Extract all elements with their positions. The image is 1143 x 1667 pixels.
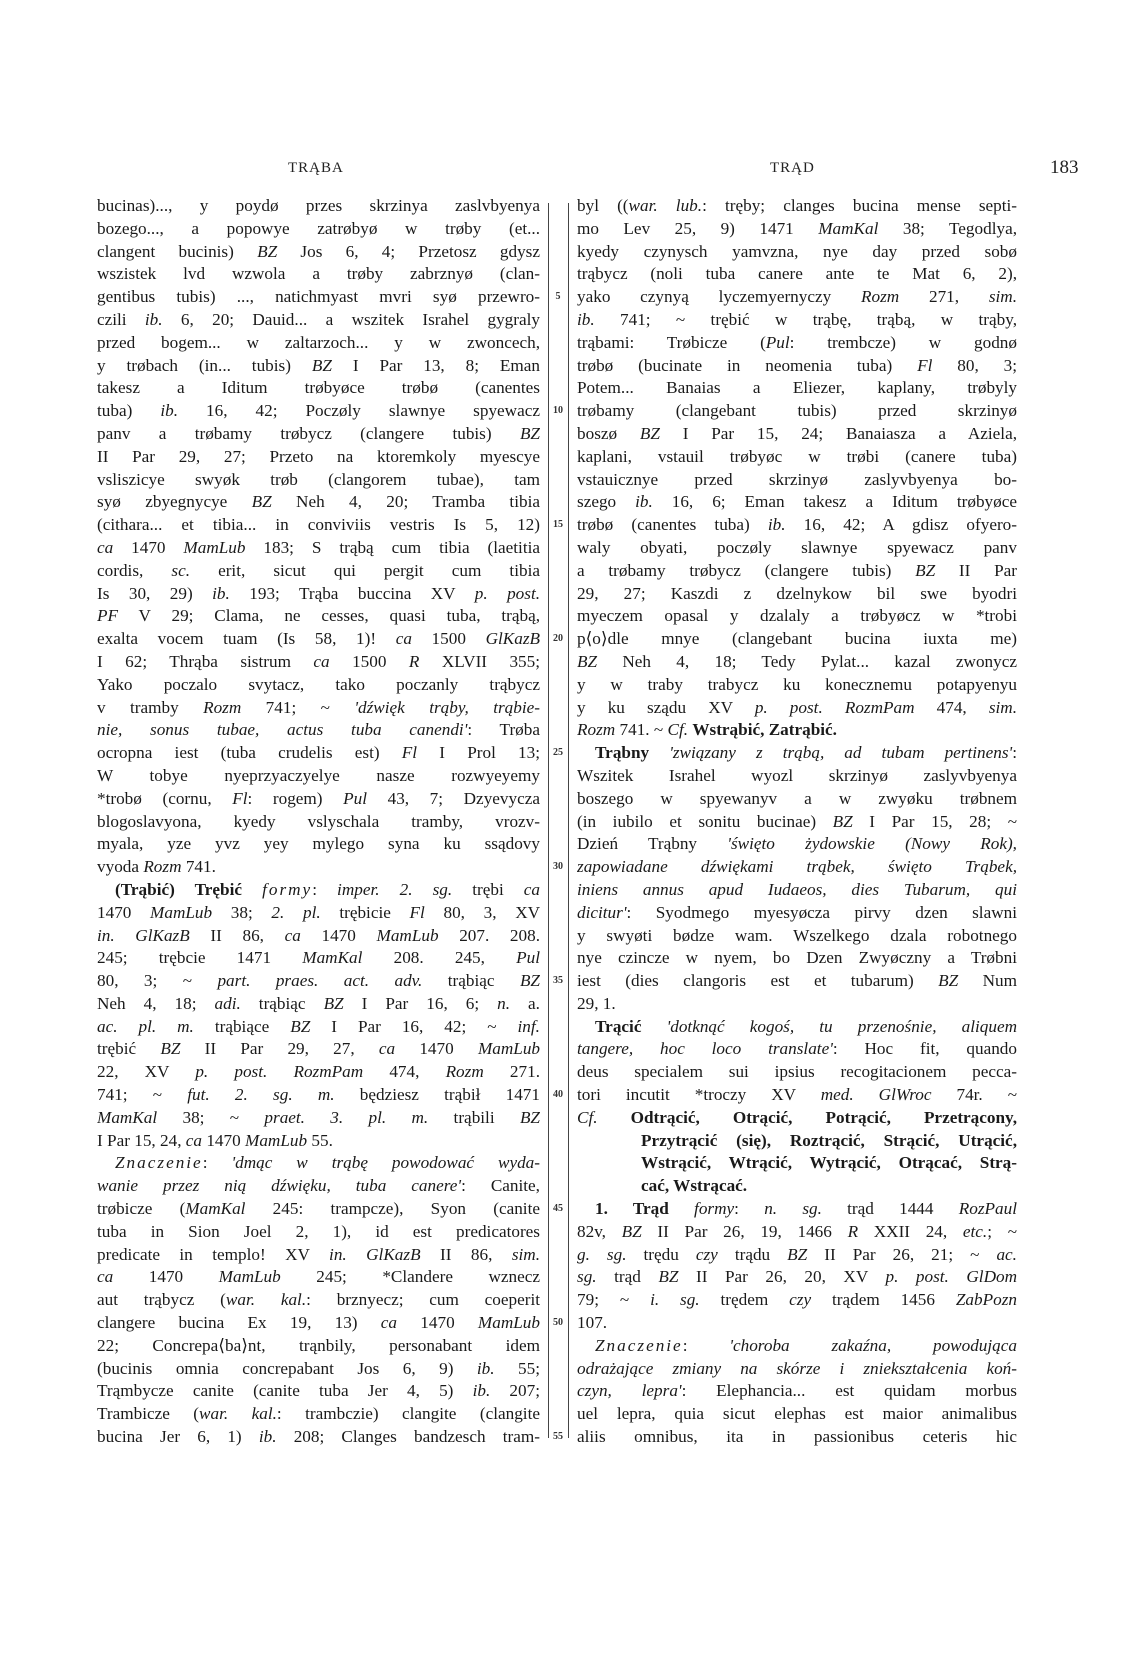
text-line: a trøbamy trøbycz (clangere tubis) BZ II… [577, 560, 1017, 583]
text-line: dicitur': Syodmego myesyøcza pirvy dzen … [577, 902, 1017, 925]
line-number: 30 [548, 861, 568, 872]
text-line: trøbicze (MamKal 245: trampcze), Syon (c… [97, 1198, 540, 1221]
text-line: szego ib. 16, 6; Eman takesz a Iditum tr… [577, 491, 1017, 514]
text-line: aut trąbycz (war. kal.: brznyecz; cum co… [97, 1289, 540, 1312]
text-line: syø zbyegnycye BZ Neh 4, 20; Tramba tibi… [97, 491, 540, 514]
text-line: bozego..., a popowye zatrøbyø w trøby (e… [97, 218, 540, 241]
text-line: trąbami: Trøbicze (Pul: trembcze) w godn… [577, 332, 1017, 355]
text-line: W tobye nyeprzyaczyelye nasze rozwyeyemy [97, 765, 540, 788]
text-line: 1470 MamLub 38; 2. pl. trębicie Fl 80, 3… [97, 902, 540, 925]
text-line: I Par 15, 24, ca 1470 MamLub 55. [97, 1130, 540, 1153]
text-line: *trobø (cornu, Fl: rogem) Pul 43, 7; Dzy… [97, 788, 540, 811]
text-line: Przytrącić (się), Roztrącić, Strącić, Ut… [577, 1130, 1017, 1153]
column-rule-left [548, 203, 549, 1438]
text-line: tangere, hoc loco translate': Hoc fit, q… [577, 1038, 1017, 1061]
text-line: nie, sonus tubae, actus tuba canendi': T… [97, 719, 540, 742]
text-line: clangere bucina Ex 19, 13) ca 1470 MamLu… [97, 1312, 540, 1335]
text-line: boszego w spyewanyv a w zwyøku trøbnem [577, 788, 1017, 811]
text-line: yako czynyą lyczemyernyczy Rozm 271, sim… [577, 286, 1017, 309]
running-head-right: TRĄD [770, 160, 815, 177]
text-line: czili ib. 6, 20; Dauid... a wszitek Isra… [97, 309, 540, 332]
text-line: odrażające zmiany na skórze i zniekształ… [577, 1358, 1017, 1381]
text-line: wanie przez nią dźwięku, tuba canere': C… [97, 1175, 540, 1198]
text-line: vyoda Rozm 741. [97, 856, 540, 879]
text-line: Dzień Trąbny 'święto żydowskie (Nowy Rok… [577, 833, 1017, 856]
text-line: y ku sządu XV p. post. RozmPam 474, sim. [577, 697, 1017, 720]
text-line: 79; ~ i. sg. trędem czy trądem 1456 ZabP… [577, 1289, 1017, 1312]
text-line: deus specialem sui ipsius recogitacionem… [577, 1061, 1017, 1084]
text-line: Trąbny 'związany z trąbą, ad tubam perti… [577, 742, 1017, 765]
text-line: tuba) ib. 16, 42; Poczøly slawnye spyewa… [97, 400, 540, 423]
text-line: Is 30, 29) ib. 193; Trąba buccina XV p. … [97, 583, 540, 606]
text-line: Rozm 741. ~ Cf. Wstrąbić, Zatrąbić. [577, 719, 1017, 742]
text-line: II Par 29, 27; Przeto na ktoremkoly myes… [97, 446, 540, 469]
text-line: predicate in templo! XV in. GlKazB II 86… [97, 1244, 540, 1267]
text-line: Wszitek Israhel wyozl skrzinyø zaslyvbye… [577, 765, 1017, 788]
line-number: 55 [548, 1431, 568, 1442]
text-line: 741; ~ fut. 2. sg. m. będziesz trąbił 14… [97, 1084, 540, 1107]
text-line: iniens annus apud Iudaeos, dies Tubarum,… [577, 879, 1017, 902]
text-line: Trąmbycze canite (canite tuba Jer 4, 5) … [97, 1380, 540, 1403]
line-number: 15 [548, 519, 568, 530]
text-line: ib. 741; ~ trębić w trąbę, trąbą, w trąb… [577, 309, 1017, 332]
text-line: 29, 27; Kaszdi z dzelnykow bil swe byodr… [577, 583, 1017, 606]
text-line: myeczem opasal y dzalaly a trøbyøcz w *t… [577, 605, 1017, 628]
text-line: I 62; Thrąba sistrum ca 1500 R XLVII 355… [97, 651, 540, 674]
text-line: panv a trøbamy trøbycz (clangere tubis) … [97, 423, 540, 446]
text-line: ca 1470 MamLub 245; *Clandere wznecz [97, 1266, 540, 1289]
text-line: cordis, sc. erit, sicut qui pergit cum t… [97, 560, 540, 583]
right-text-column: byl ((war. lub.: tręby; clanges bucina m… [577, 195, 1017, 1449]
text-line: tuba in Sion Joel 2, 1), id est predicat… [97, 1221, 540, 1244]
text-line: 245; trębcie 1471 MamKal 208. 245, Pul [97, 947, 540, 970]
text-line: ca 1470 MamLub 183; S trąbą cum tibia (l… [97, 537, 540, 560]
left-text-column: bucinas)..., y poydø przes skrzinya zasl… [97, 195, 540, 1449]
text-line: gentibus tubis) ..., natichmyast mvri sy… [97, 286, 540, 309]
text-line: myala, yze yvz yey mylego syna ku ssądov… [97, 833, 540, 856]
text-line: v tramby Rozm 741; ~ 'dźwięk trąby, trąb… [97, 697, 540, 720]
text-line: Znaczenie: 'choroba zakaźna, powodująca [577, 1335, 1017, 1358]
column-rule-right [568, 203, 569, 1438]
text-line: tori incutit *troczy XV med. GlWroc 74r.… [577, 1084, 1017, 1107]
line-number: 35 [548, 975, 568, 986]
text-line: kyedy czynysch yamvzna, nye day przed so… [577, 241, 1017, 264]
text-line: przed bogem... w zaltarzoch... y w zwonc… [97, 332, 540, 355]
text-line: 29, 1. [577, 993, 1017, 1016]
text-line: (Trąbić) Trębić formy: imper. 2. sg. trę… [97, 879, 540, 902]
text-line: trøbø (canentes tuba) ib. 16, 42; A gdis… [577, 514, 1017, 537]
line-number: 25 [548, 747, 568, 758]
line-number: 45 [548, 1203, 568, 1214]
text-line: y w traby trabycz ku konecznemu potapyen… [577, 674, 1017, 697]
text-line: Yako poczalo svytacz, tako poczanly trąb… [97, 674, 540, 697]
text-line: Neh 4, 18; adi. trąbiąc BZ I Par 16, 6; … [97, 993, 540, 1016]
text-line: trębić BZ II Par 29, 27, ca 1470 MamLub [97, 1038, 540, 1061]
text-line: Trambicze (war. kal.: trambczie) clangit… [97, 1403, 540, 1426]
text-line: MamKal 38; ~ praet. 3. pl. m. trąbili BZ [97, 1107, 540, 1130]
text-line: kaplani, vstauil trøbyøc w trøbi (canere… [577, 446, 1017, 469]
line-number: 20 [548, 633, 568, 644]
text-line: p⟨o⟩dle mnye (clangebant bucina iuxta me… [577, 628, 1017, 651]
text-line: (bucinis omnia concrepabant Jos 6, 9) ib… [97, 1358, 540, 1381]
text-line: g. sg. trędu czy trądu BZ II Par 26, 21;… [577, 1244, 1017, 1267]
text-line: 22; Concrepa⟨ba⟩nt, trąnbily, personaban… [97, 1335, 540, 1358]
text-line: vstauicznye przed skrzinyø zaslyvbyenya … [577, 469, 1017, 492]
text-line: trąbycz (noli tuba canere ante te Mat 6,… [577, 263, 1017, 286]
text-line: PF V 29; Clama, ne cesses, quasi tuba, t… [97, 605, 540, 628]
text-line: Trącić 'dotknąć kogoś, tu przenośnie, al… [577, 1016, 1017, 1039]
text-line: y trøbach (in... tubis) BZ I Par 13, 8; … [97, 355, 540, 378]
text-line: blogoslavyona, kyedy vslyschala tramby, … [97, 811, 540, 834]
text-line: exalta vocem tuam (Is 58, 1)! ca 1500 Gl… [97, 628, 540, 651]
text-line: mo Lev 25, 9) 1471 MamKal 38; Tegodlya, [577, 218, 1017, 241]
text-line: Potem... Banaias a Eliezer, kaplany, trø… [577, 377, 1017, 400]
text-line: Cf. Odtrącić, Otrącić, Potrącić, Przetrą… [577, 1107, 1017, 1130]
text-line: cać, Wstrącać. [577, 1175, 1017, 1198]
text-line: byl ((war. lub.: tręby; clanges bucina m… [577, 195, 1017, 218]
text-line: 82v, BZ II Par 26, 19, 1466 R XXII 24, e… [577, 1221, 1017, 1244]
text-line: 107. [577, 1312, 1017, 1335]
line-number: 50 [548, 1317, 568, 1328]
text-line: in. GlKazB II 86, ca 1470 MamLub 207. 20… [97, 925, 540, 948]
text-line: 1. Trąd formy: n. sg. trąd 1444 RozPaul [577, 1198, 1017, 1221]
text-line: zapowiadane dźwiękami trąbek, święto Trą… [577, 856, 1017, 879]
text-line: aliis omnibus, ita in passionibus ceteri… [577, 1426, 1017, 1449]
text-line: Znaczenie: 'dmąc w trąbę powodować wyda- [97, 1152, 540, 1175]
text-line: vsliszicye swyøk trøb (clangorem tubae),… [97, 469, 540, 492]
text-line: waly obyati, poczøly slawnye spyewacz pa… [577, 537, 1017, 560]
text-line: trøbø (bucinate in neomenia tuba) Fl 80,… [577, 355, 1017, 378]
text-line: BZ Neh 4, 18; Tedy Pylat... kazal zwonyc… [577, 651, 1017, 674]
text-line: bucinas)..., y poydø przes skrzinya zasl… [97, 195, 540, 218]
text-line: iest (dies clangoris est et tubarum) BZ … [577, 970, 1017, 993]
text-line: takesz a Iditum trøbyøce trøbø (canentes [97, 377, 540, 400]
text-line: ac. pl. m. trąbiące BZ I Par 16, 42; ~ i… [97, 1016, 540, 1039]
text-line: boszø BZ I Par 15, 24; Banaiasza a Aziel… [577, 423, 1017, 446]
line-number: 5 [548, 291, 568, 302]
text-line: trøbamy (clangebant tubis) przed skrziny… [577, 400, 1017, 423]
text-line: (in iubilo et sonitu bucinae) BZ I Par 1… [577, 811, 1017, 834]
line-number: 10 [548, 405, 568, 416]
text-line: Wstrącić, Wtrącić, Wytrącić, Otrącać, St… [577, 1152, 1017, 1175]
text-line: clangent bucinis) BZ Jos 6, 4; Przetosz … [97, 241, 540, 264]
text-line: bucina Jer 6, 1) ib. 208; Clanges bandze… [97, 1426, 540, 1449]
text-line: (cithara... et tibia... in conviviis ves… [97, 514, 540, 537]
text-line: 80, 3; ~ part. praes. act. adv. trąbiąc … [97, 970, 540, 993]
page-number: 183 [1050, 157, 1079, 179]
text-line: uel lepra, quia sicut elephas est maior … [577, 1403, 1017, 1426]
text-line: y swyøti bødze wam. Wszelkego dzala robo… [577, 925, 1017, 948]
text-line: sg. trąd BZ II Par 26, 20, XV p. post. G… [577, 1266, 1017, 1289]
text-line: 22, XV p. post. RozmPam 474, Rozm 271. [97, 1061, 540, 1084]
text-line: nye czincze w nyem, bo Dzen Zwyøczny a T… [577, 947, 1017, 970]
text-line: czyn, lepra': Elephancia... est quidam m… [577, 1380, 1017, 1403]
running-head-left: TRĄBA [288, 160, 344, 177]
text-line: wszistek lvd wzwola a trøby zabrznyø (cl… [97, 263, 540, 286]
line-number: 40 [548, 1089, 568, 1100]
text-line: ocropna iest (tuba crudelis est) Fl I Pr… [97, 742, 540, 765]
